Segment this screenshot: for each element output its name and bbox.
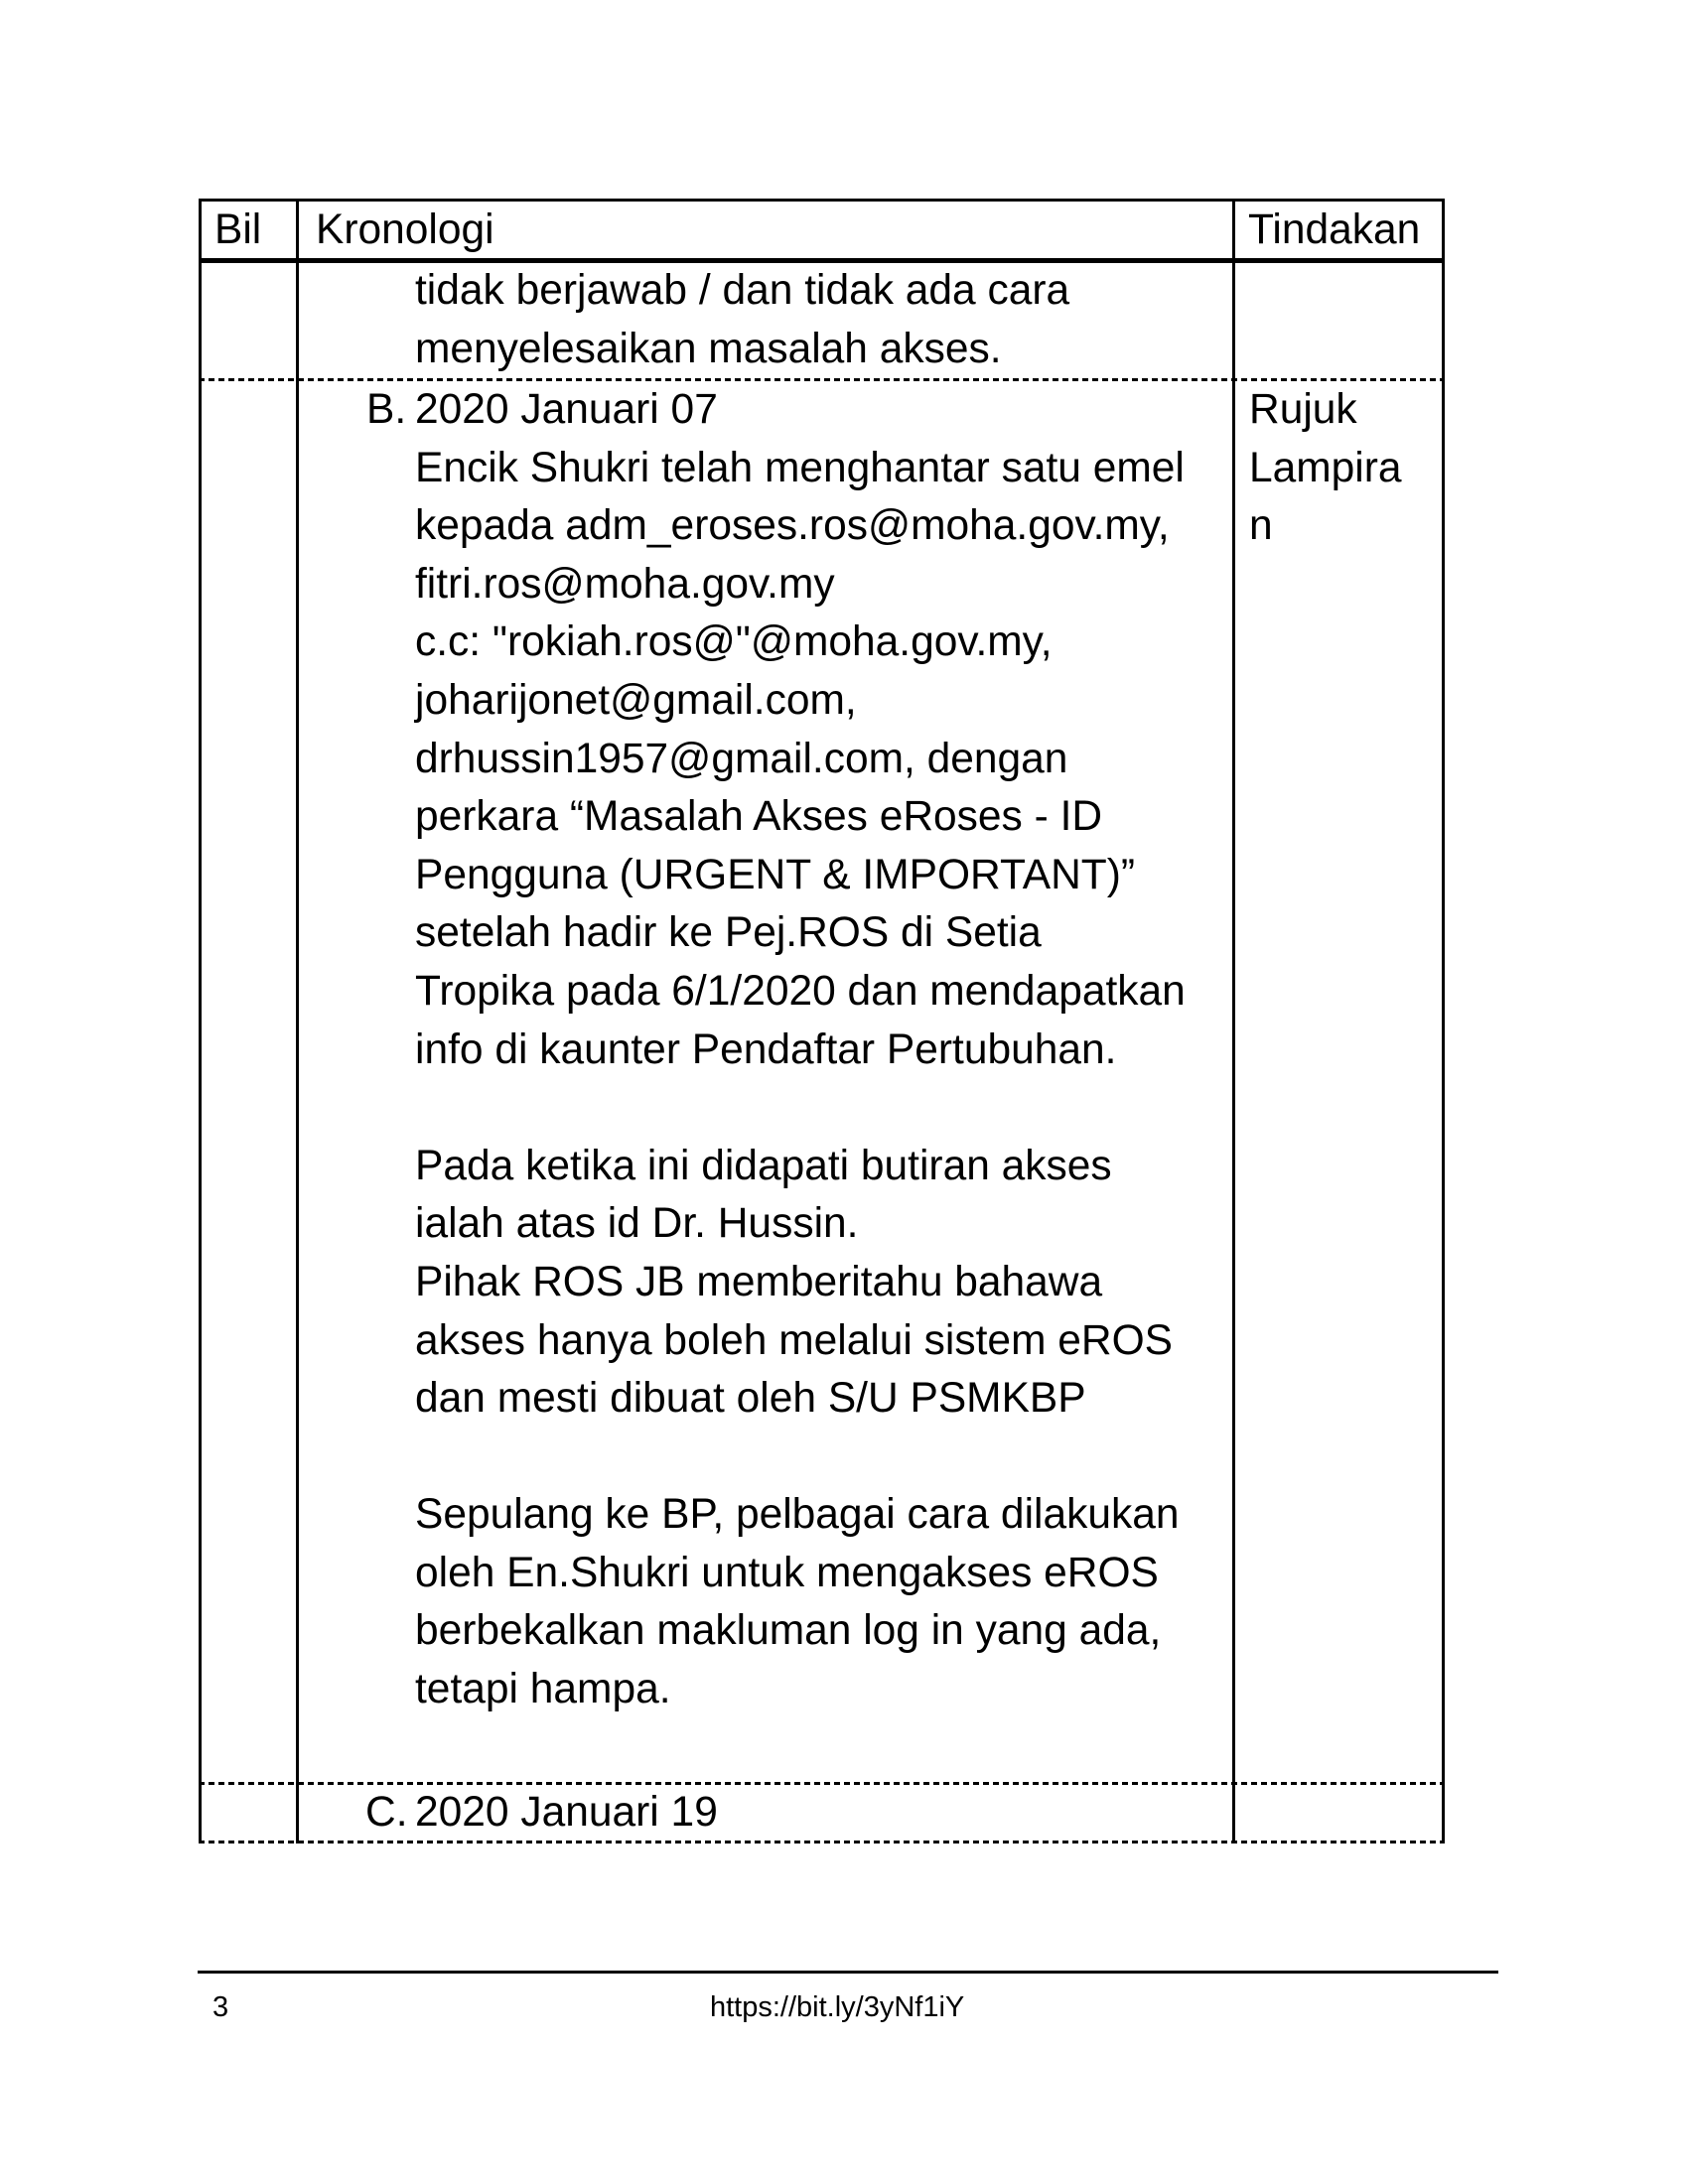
kronologi-line: perkara “Masalah Akses eRoses - ID [415, 788, 1186, 847]
kronologi-line: Encik Shukri telah menghantar satu emel [415, 440, 1186, 498]
page-number: 3 [212, 1990, 228, 2024]
kronologi-line: ialah atas id Dr. Hussin. [415, 1195, 1186, 1254]
kronologi-line: Sepulang ke BP, pelbagai cara dilakukan [415, 1486, 1186, 1545]
tindakan-column-divider [1232, 199, 1235, 1843]
kronologi-line: Pihak ROS JB memberitahu bahawa [415, 1254, 1186, 1312]
kronologi-line: joharijonet@gmail.com, [415, 672, 1186, 731]
header-kronologi: Kronologi [316, 202, 494, 259]
kronologi-line [415, 1079, 1186, 1138]
item-date: 2020 Januari 19 [415, 1784, 718, 1843]
header-bil: Bil [214, 202, 261, 259]
kronologi-line: Pengguna (URGENT & IMPORTANT)” [415, 847, 1186, 905]
footer-divider [198, 1971, 1498, 1974]
kronologi-line: Tropika pada 6/1/2020 dan mendapatkan [415, 963, 1186, 1022]
tindakan-text: Rujuk Lampira n [1249, 381, 1402, 556]
table-row: tidak berjawab / dan tidak ada cara meny… [415, 262, 1069, 378]
tindakan-line: n [1249, 497, 1402, 556]
kronologi-line: tetapi hampa. [415, 1661, 1186, 1719]
kronologi-line: kepada adm_eroses.ros@moha.gov.my, [415, 497, 1186, 556]
kronologi-line: fitri.ros@moha.gov.my [415, 556, 1186, 614]
item-marker: B. [366, 381, 406, 440]
kronologi-line: Pada ketika ini didapati butiran akses [415, 1138, 1186, 1196]
kronologi-line: akses hanya boleh melalui sistem eROS [415, 1312, 1186, 1371]
kronologi-line: setelah hadir ke Pej.ROS di Setia [415, 904, 1186, 963]
tindakan-line: Rujuk [1249, 381, 1402, 440]
kronologi-line: menyelesaikan masalah akses. [415, 321, 1069, 379]
header-tindakan: Tindakan [1248, 202, 1420, 259]
tindakan-line: Lampira [1249, 440, 1402, 498]
kronologi-text: Encik Shukri telah menghantar satu emel … [415, 440, 1186, 1719]
item-date: 2020 Januari 07 [415, 381, 718, 440]
item-marker: C. [365, 1784, 408, 1843]
kronologi-line: drhussin1957@gmail.com, dengan [415, 731, 1186, 789]
kronologi-line [415, 1429, 1186, 1487]
table-left-border [199, 199, 202, 1843]
kronologi-line: tidak berjawab / dan tidak ada cara [415, 262, 1069, 321]
document-page: Bil Kronologi Tindakan tidak berjawab / … [0, 0, 1688, 2184]
kronologi-line: info di kaunter Pendaftar Pertubuhan. [415, 1022, 1186, 1080]
footer-url-link[interactable]: https://bit.ly/3yNf1iY [710, 1990, 964, 2024]
bil-column-divider [296, 199, 299, 1843]
kronologi-line: c.c: "rokiah.ros@"@moha.gov.my, [415, 614, 1186, 672]
kronologi-line: berbekalkan makluman log in yang ada, [415, 1602, 1186, 1661]
kronologi-line: oleh En.Shukri untuk mengakses eROS [415, 1545, 1186, 1603]
table-right-border [1442, 199, 1445, 1843]
kronologi-line: dan mesti dibuat oleh S/U PSMKBP [415, 1370, 1186, 1429]
